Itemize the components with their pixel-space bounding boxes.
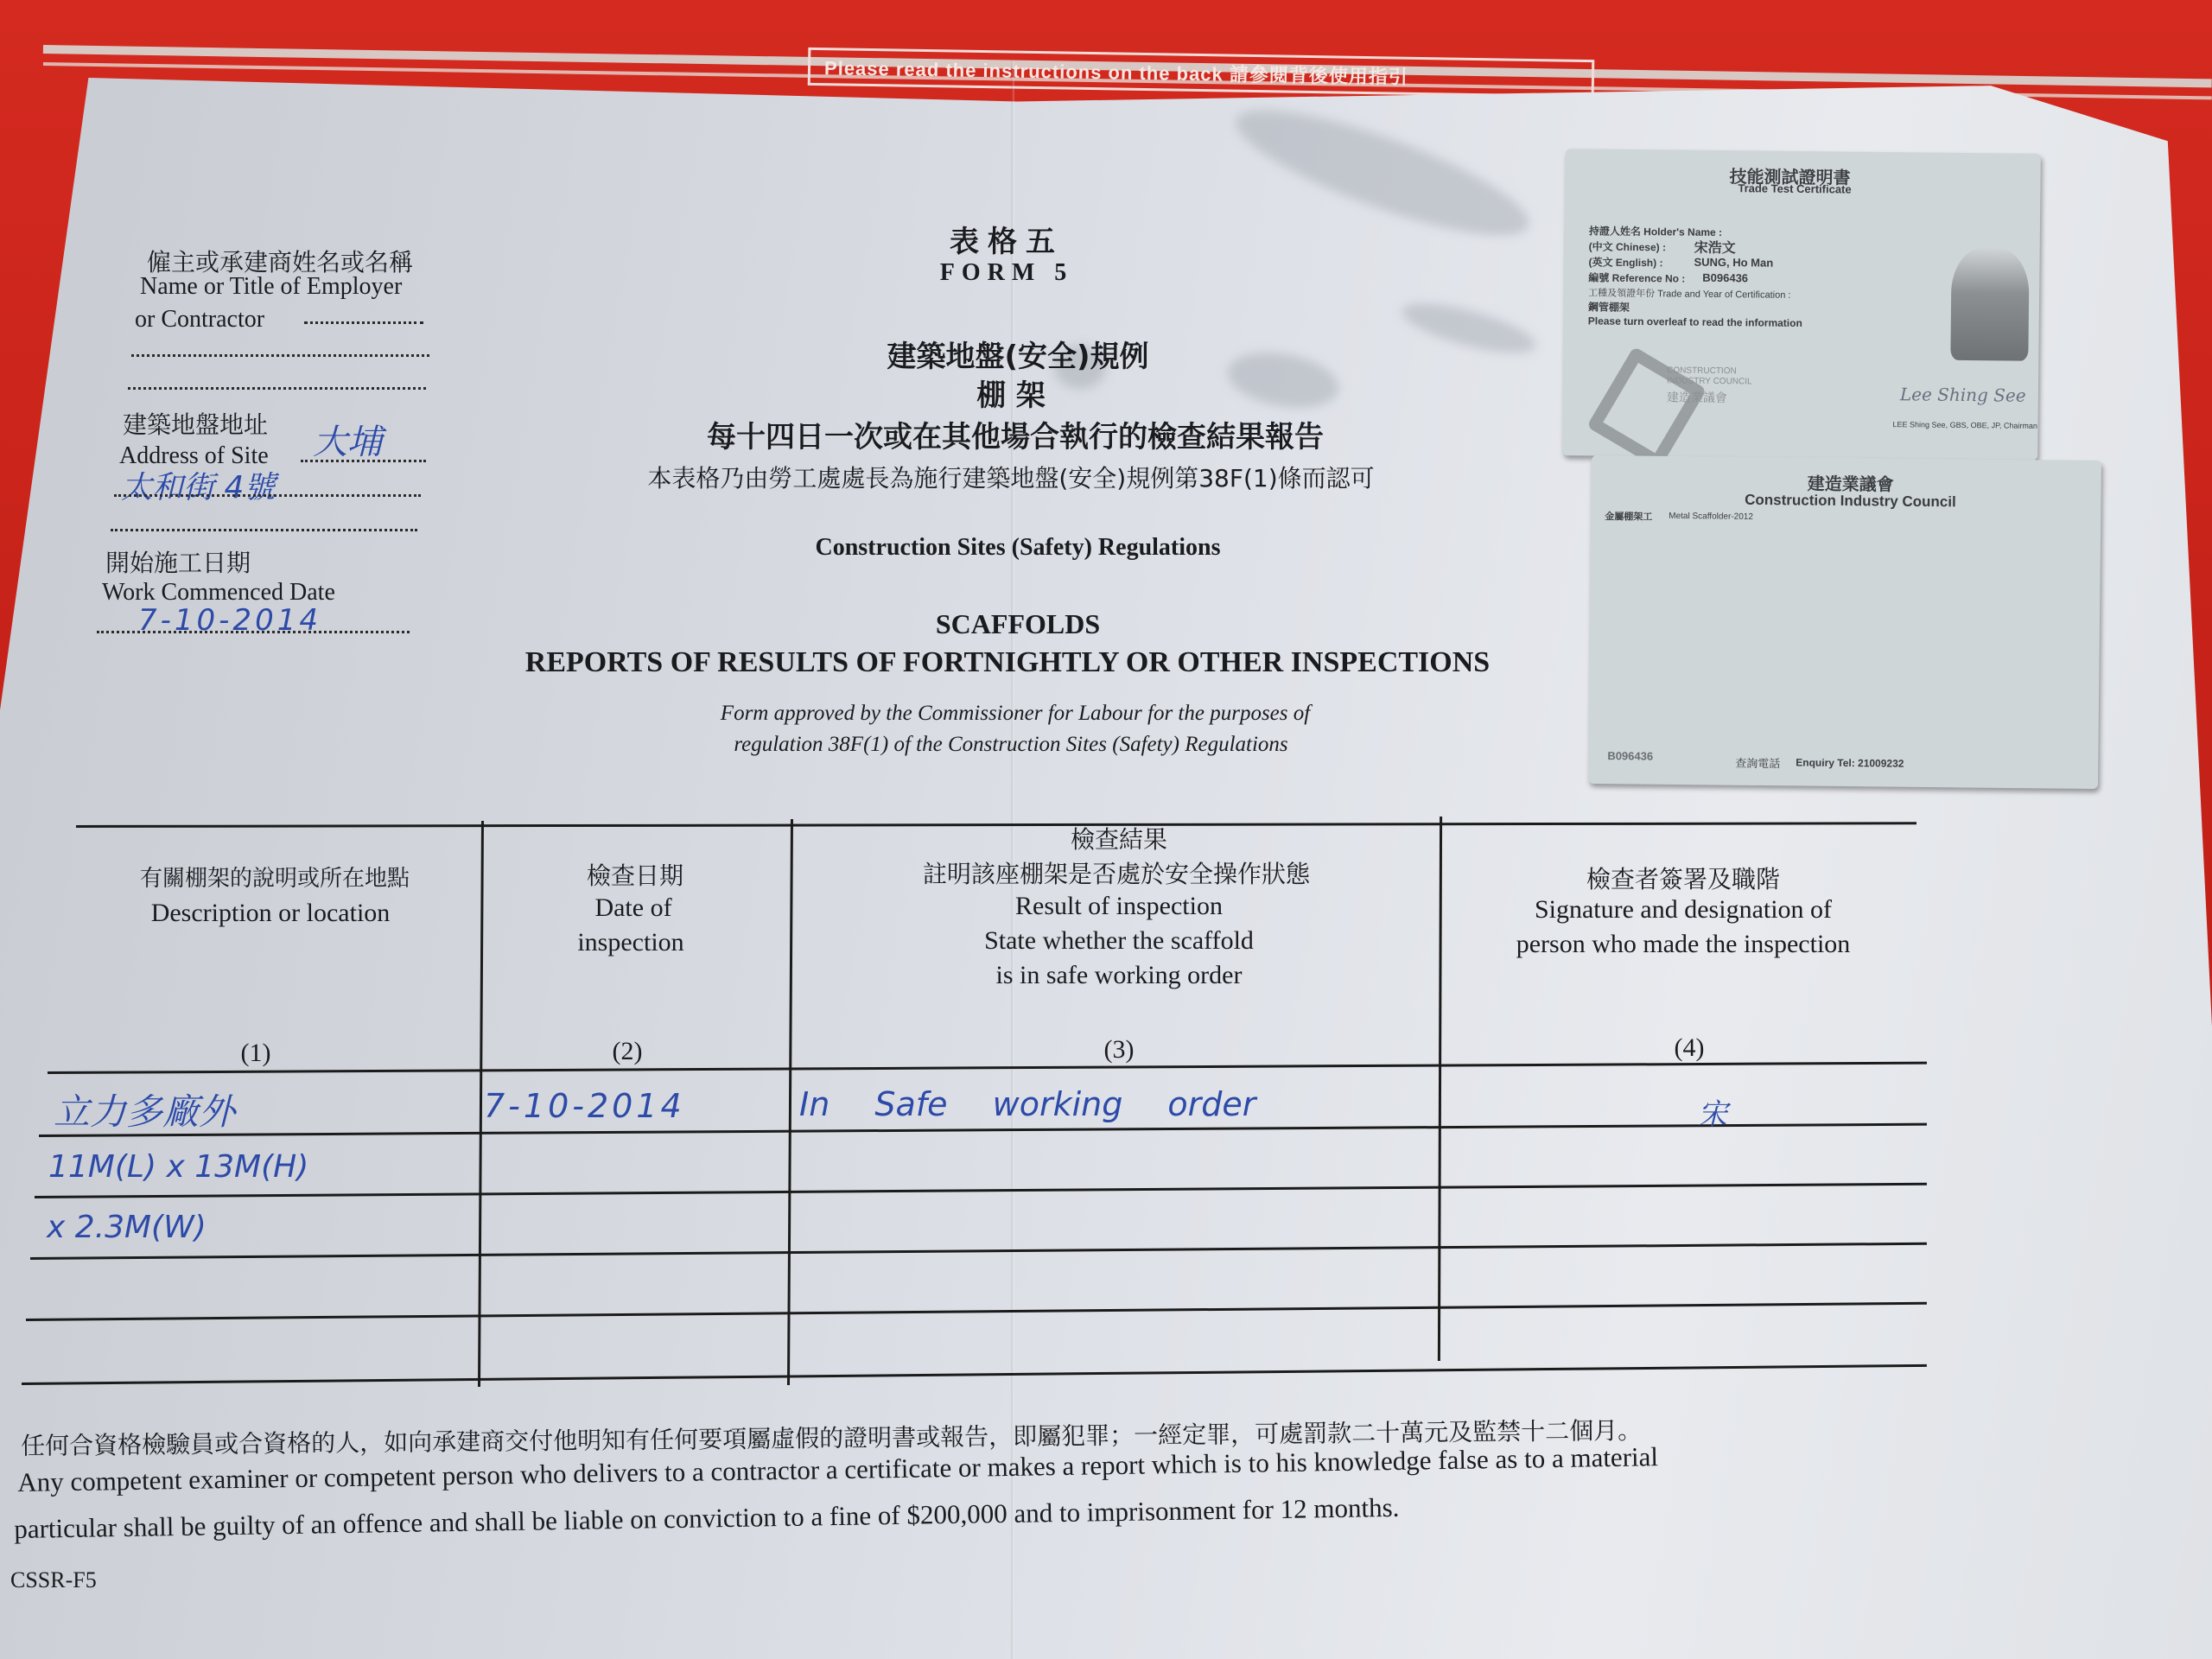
- col2-header-en: Date of: [594, 893, 671, 923]
- trade-name-en: Metal Scaffolder-2012: [1669, 512, 1753, 522]
- english-name-value: SUNG, Ho Man: [1694, 256, 1773, 270]
- employer-label-en-2: or Contractor: [135, 306, 264, 334]
- certificate-title-en: Trade Test Certificate: [1738, 181, 1851, 195]
- chinese-name-value: 宋浩文: [1694, 237, 1736, 257]
- form-title-en: FORM 5: [940, 259, 1074, 287]
- col4-number: (4): [1675, 1033, 1705, 1063]
- col3-header-en-2: State whether the scaffold: [984, 926, 1254, 956]
- trade-test-certificate-back: 建造業議會 Construction Industry Council 金屬棚架…: [1588, 455, 2101, 789]
- col2-header-zh: 檢查日期: [587, 857, 683, 892]
- employer-field-line-3[interactable]: [128, 387, 426, 390]
- row1-signature[interactable]: 宋: [1698, 1090, 1727, 1133]
- approval-note-en: Form approved by the Commissioner for La…: [721, 702, 1310, 726]
- col3-header-en-3: is in safe working order: [996, 961, 1243, 990]
- row1-date[interactable]: 7-10-2014: [484, 1087, 685, 1125]
- regulation-title-en: Construction Sites (Safety) Regulations: [816, 534, 1221, 562]
- col4-header-en: Signature and designation of: [1535, 895, 1832, 925]
- row2-description[interactable]: 11M(L) x 13M(H): [48, 1149, 308, 1185]
- enquiry-label-zh: 查詢電話: [1735, 754, 1780, 772]
- employer-field[interactable]: [304, 321, 423, 324]
- council-name-zh: 建造業議會: [1667, 388, 1727, 406]
- reference-value: B096436: [1702, 271, 1748, 285]
- chairman-title: LEE Shing See, GBS, OBE, JP, Chairman: [1893, 420, 2038, 430]
- chairman-signature: Lee Shing See: [1900, 384, 2026, 406]
- card-number: B096436: [1607, 749, 1653, 763]
- row3-description[interactable]: x 2.3M(W): [47, 1210, 207, 1245]
- form-code: CSSR-F5: [10, 1567, 97, 1593]
- holder-photo: [1950, 248, 2029, 361]
- english-name-label: (英文 English) :: [1588, 254, 1662, 270]
- reference-label: 編號 Reference No :: [1588, 270, 1685, 285]
- form-title-zh: 表格五: [950, 218, 1064, 260]
- trade-name-zh: 金屬棚架工: [1605, 509, 1652, 524]
- employer-label-en: Name or Title of Employer: [140, 273, 402, 301]
- employer-field-line-2[interactable]: [131, 354, 429, 357]
- overleaf-note: Please turn overleaf to read the informa…: [1588, 315, 1802, 329]
- col1-header-en: Description or location: [151, 899, 391, 928]
- col3-header-zh-top: 檢查結果: [1071, 821, 1167, 855]
- approval-note-zh: 本表格乃由勞工處處長為施行建築地盤(安全)規例第38F(1)條而認可: [647, 460, 1374, 494]
- col3-number: (3): [1104, 1035, 1135, 1065]
- col1-number: (1): [241, 1039, 271, 1068]
- site-address-label-zh: 建築地盤地址: [123, 406, 268, 441]
- council-name-en: CONSTRUCTION: [1667, 365, 1737, 376]
- approval-note-en-2: regulation 38F(1) of the Construction Si…: [734, 733, 1287, 757]
- trade-year-value: 鋼管棚架: [1588, 299, 1630, 315]
- chinese-name-label: (中文 Chinese) :: [1589, 238, 1667, 254]
- site-address-value: 大埔: [313, 415, 382, 464]
- row1-description[interactable]: 立力多廠外: [54, 1084, 235, 1135]
- work-commenced-label-zh: 開始施工日期: [105, 544, 251, 579]
- subject-title-zh: 棚 架: [976, 372, 1046, 414]
- col1-header-zh: 有關棚架的說明或所在地點: [140, 861, 410, 893]
- site-address-field-line-3[interactable]: [111, 529, 417, 531]
- work-commenced-field[interactable]: [97, 631, 410, 633]
- trade-test-certificate-front: 技能測試證明書 Trade Test Certificate 持證人姓名 Hol…: [1562, 149, 2041, 461]
- report-title-zh: 每十四日一次或在其他場合執行的檢查結果報告: [707, 413, 1324, 455]
- col4-header-zh: 檢查者簽署及職階: [1586, 861, 1780, 895]
- row1-result[interactable]: In Safe working order: [799, 1085, 1255, 1123]
- report-title-en: REPORTS OF RESULTS OF FORTNIGHTLY OR OTH…: [525, 646, 1490, 679]
- enquiry-phone: Enquiry Tel: 21009232: [1796, 756, 1904, 769]
- col2-number: (2): [613, 1037, 643, 1066]
- site-address-field-line-2[interactable]: [114, 494, 421, 497]
- col4-header-en-2: person who made the inspection: [1516, 930, 1851, 959]
- site-address-value-2: 太和街 4號: [121, 463, 275, 507]
- council-name-en: Construction Industry Council: [1745, 492, 1956, 512]
- regulation-title-zh: 建築地盤(安全)規例: [887, 333, 1148, 375]
- cic-logo-icon: [1586, 346, 1707, 470]
- council-name-en-2: INDUSTRY COUNCIL: [1667, 376, 1752, 386]
- subject-title-en: SCAFFOLDS: [936, 608, 1100, 640]
- col3-header-zh: 註明該座棚架是否處於安全操作狀態: [923, 855, 1310, 890]
- col3-header-en: Result of inspection: [1015, 892, 1223, 921]
- col2-header-en-2: inspection: [577, 928, 683, 957]
